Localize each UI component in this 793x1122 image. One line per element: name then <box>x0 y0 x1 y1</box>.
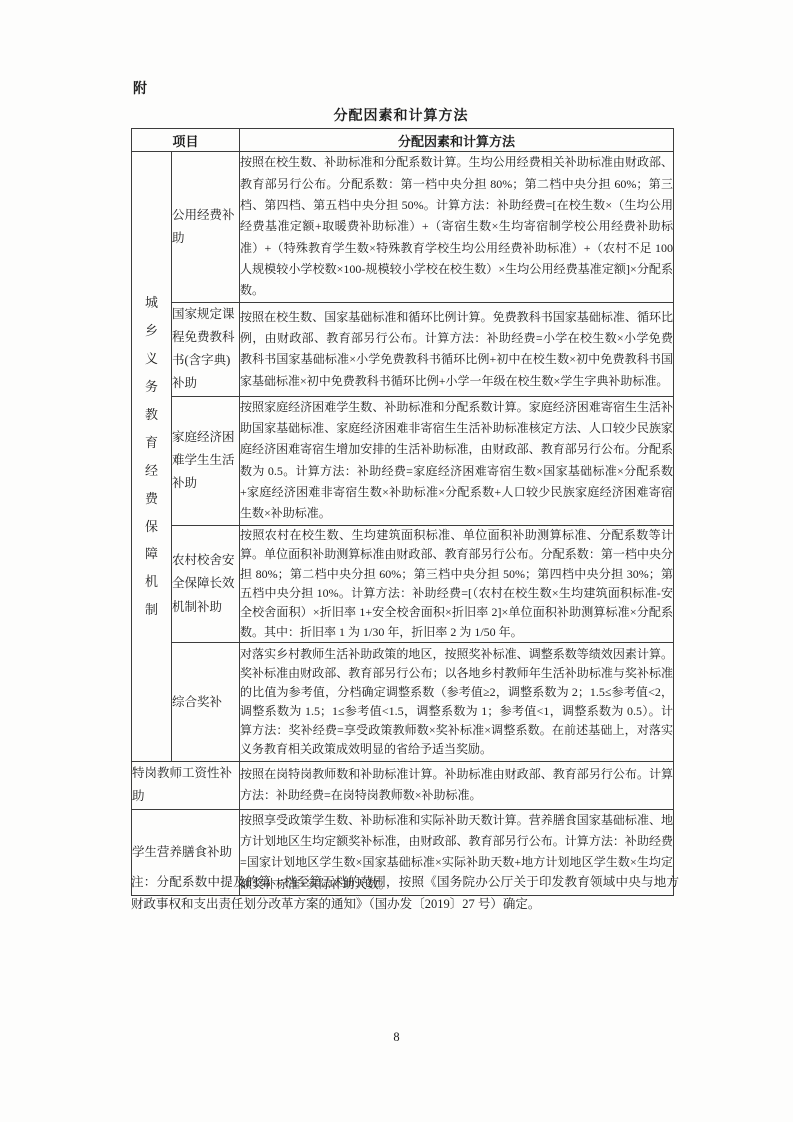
row-label: 公用经费补助 <box>172 152 240 303</box>
table-note: 注：分配系数中提及的第一档至第五档的范围，按照《国务院办公厅关于印发教育领域中央… <box>131 872 679 916</box>
group-label: 城乡义务教育经费保障机制 <box>145 289 158 624</box>
table-title: 分配因素和计算方法 <box>130 105 672 125</box>
row-content: 按照在岗特岗教师数和补助标准计算。补助标准由财政部、教育部另行公布。计算方法：补… <box>240 762 674 809</box>
attachment-marker: 附 <box>133 78 147 98</box>
column-header-method: 分配因素和计算方法 <box>240 129 674 152</box>
row-label: 国家规定课程免费教科书(含字典)补助 <box>172 303 240 397</box>
table-row: 国家规定课程免费教科书(含字典)补助 按照在校生数、国家基础标准和循环比例计算。… <box>132 303 674 397</box>
row-content: 按照在校生数、国家基础标准和循环比例计算。免费教科书国家基础标准、循环比例，由财… <box>240 303 674 397</box>
column-header-project: 项目 <box>132 129 240 152</box>
page-number: 8 <box>0 1030 793 1045</box>
row-content: 对落实乡村教师生活补助政策的地区，按照奖补标准、调整系数等绩效因素计算。奖补标准… <box>240 643 674 762</box>
row-label: 农村校舍安全保障长效机制补助 <box>172 525 240 643</box>
table-row: 家庭经济困难学生生活补助 按照家庭经济困难学生数、补助标准和分配系数计算。家庭经… <box>132 396 674 525</box>
table-row: 城乡义务教育经费保障机制 公用经费补助 按照在校生数、补助标准和分配系数计算。生… <box>132 152 674 303</box>
table-header-row: 项目 分配因素和计算方法 <box>132 129 674 152</box>
table-row: 综合奖补 对落实乡村教师生活补助政策的地区，按照奖补标准、调整系数等绩效因素计算… <box>132 643 674 762</box>
group-label-cell: 城乡义务教育经费保障机制 <box>132 152 172 762</box>
row-label: 家庭经济困难学生生活补助 <box>172 396 240 525</box>
document-page: 附 分配因素和计算方法 项目 分配因素和计算方法 城乡义务教育经费保障机制 公用… <box>0 0 793 1122</box>
row-content: 按照农村在校生数、生均建筑面积标准、单位面积补助测算标准、分配系数等计算。单位面… <box>240 525 674 643</box>
table-row: 农村校舍安全保障长效机制补助 按照农村在校生数、生均建筑面积标准、单位面积补助测… <box>132 525 674 643</box>
row-content: 按照在校生数、补助标准和分配系数计算。生均公用经费相关补助标准由财政部、教育部另… <box>240 152 674 303</box>
row-label: 特岗教师工资性补助 <box>132 762 240 809</box>
allocation-table: 项目 分配因素和计算方法 城乡义务教育经费保障机制 公用经费补助 按照在校生数、… <box>131 128 674 896</box>
table-row: 特岗教师工资性补助 按照在岗特岗教师数和补助标准计算。补助标准由财政部、教育部另… <box>132 762 674 809</box>
row-label: 综合奖补 <box>172 643 240 762</box>
row-content: 按照家庭经济困难学生数、补助标准和分配系数计算。家庭经济困难寄宿生生活补助国家基… <box>240 396 674 525</box>
